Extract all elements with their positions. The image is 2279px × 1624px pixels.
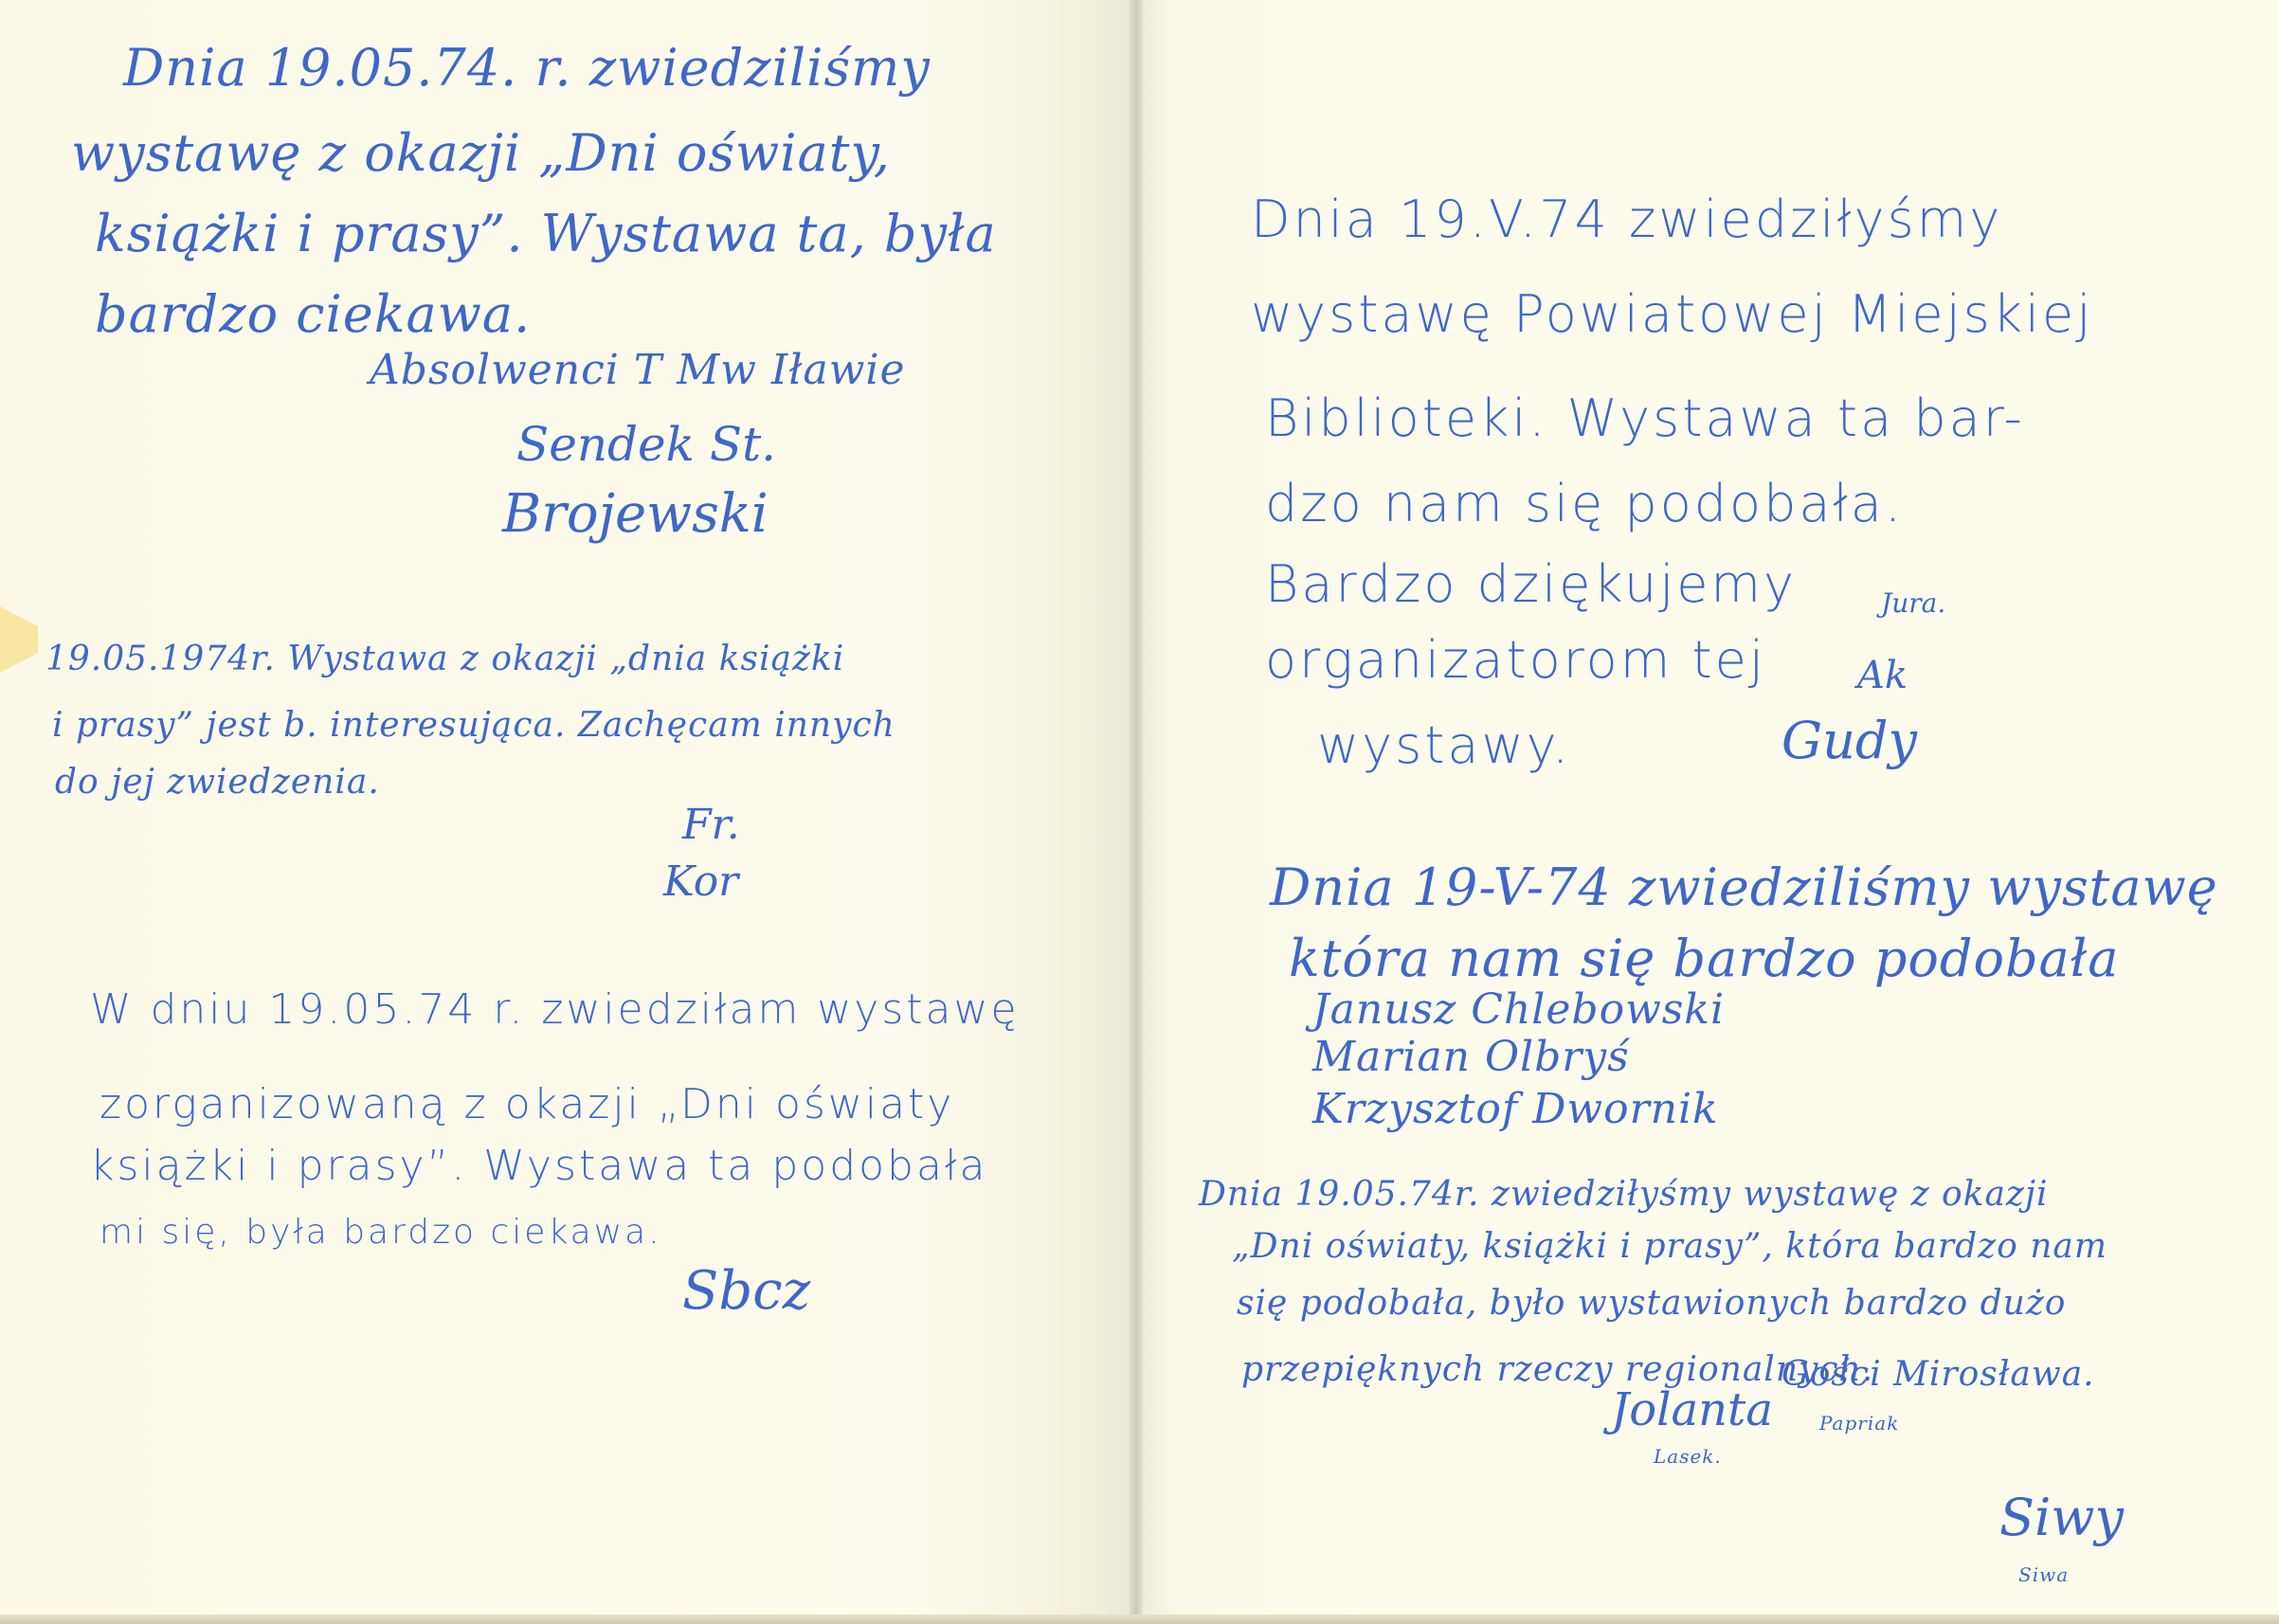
entry-line: 19.05.1974r. Wystawa z okazji „dnia ksią… [45,640,844,678]
entry-line: do jej zwiedzenia. [55,763,380,802]
entry-line: się podobała, było wystawionych bardzo d… [1237,1284,2066,1323]
entry-line: książki i prasy”. Wystawa ta, była [95,204,997,263]
entry-line: wystawę z okazji „Dni oświaty, [71,123,891,183]
entry-line: bardzo ciekawa. [95,284,531,344]
page-bottom-edge [0,1615,2279,1624]
entry-line: książki i prasy”. Wystawa ta podobała [90,1142,987,1190]
signature-label: Papriak [1819,1412,1899,1435]
entry-line: Dnia 19-V-74 zwiedziliśmy wystawę [1270,857,2218,917]
signature: Siwy [1999,1488,2124,1547]
signature: Gudy [1782,711,1917,770]
entry-line: Biblioteki. Wystawa ta bar- [1265,388,2025,448]
entry-line: wystawę Powiatowej Miejskiej [1251,284,2093,344]
entry-line: i prasy” jest b. interesująca. Zachęcam … [52,706,895,745]
signature-label: Lasek. [1654,1445,1722,1468]
book-spine [1130,0,1143,1624]
signature-label: Siwa [2018,1563,2069,1586]
entry-line: W dniu 19.05.74 r. zwiedziłam wystawę [90,985,1020,1034]
entry-line: Dnia 19.V.74 zwiedziłyśmy [1251,189,2002,249]
signer-name: Marian Olbryś [1312,1033,1630,1081]
entry-line: Dnia 19.05.74. r. zwiedziliśmy [123,38,931,98]
entry-line: wystawy. [1317,715,1571,775]
entry-line: mi się, była bardzo ciekawa. [99,1213,662,1252]
entry-line: organizatorom tej [1265,630,1766,690]
guestbook-spread: Dnia 19.05.74. r. zwiedziliśmy wystawę z… [0,0,2279,1624]
signer-name: Janusz Chlebowski [1312,985,1725,1034]
signature: Fr. [682,801,740,849]
signature: Sbcz [682,1260,810,1322]
signature: Sendek St. [516,417,776,472]
entry-line: „Dni oświaty, książki i prasy”, która ba… [1232,1227,2107,1266]
entry-signoff: Absolwenci T Mw Iławie [370,346,906,394]
entry-line: zorganizowaną z okazji „Dni oświaty [99,1080,954,1128]
entry-line: Bardzo dziękujemy [1265,554,1797,614]
entry-line: Dnia 19.05.74r. zwiedziłyśmy wystawę z o… [1199,1175,2049,1214]
signer-name: Krzysztof Dwornik [1312,1085,1719,1133]
signature: Brojewski [502,483,769,545]
entry-line: przepięknych rzeczy regionalnych. [1241,1350,1873,1389]
entry-line: dzo nam się podobała. [1265,474,1904,533]
entry-line: która nam się bardzo podobała [1289,929,2119,988]
signature: Jura. [1881,587,1945,619]
entry-signoff: Gości Mirosława. [1782,1355,2095,1394]
signature: Ak [1857,654,1908,697]
signature: Kor [663,857,738,906]
signature: Jolanta [1611,1383,1773,1436]
